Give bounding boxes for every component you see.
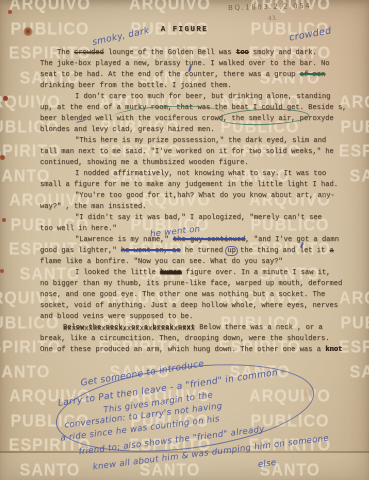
- typed-line: break, like a circumcition. Then, droopi…: [40, 334, 329, 344]
- typed-segment: drinking beer from the bottle. I joined …: [40, 82, 232, 90]
- watermark-word: ARQUIVO: [230, 387, 350, 407]
- typed-line: drinking beer from the bottle. I joined …: [40, 81, 232, 91]
- typed-line: small a figure for me to make any judgem…: [40, 180, 338, 190]
- typed-line: Below the neck, or a break next Below th…: [63, 323, 323, 333]
- typed-segment: blondes and levy clad, greasy haired men…: [40, 126, 215, 134]
- typed-segment: socket, void of anything. Just a deep ho…: [40, 302, 338, 310]
- typed-segment: continued, showing me a thumbsized woode…: [40, 159, 249, 167]
- watermark-word: ESPIRITO: [350, 240, 369, 260]
- watermark-word: SANTO: [0, 362, 80, 382]
- typed-line: way?" , the man insisted.: [40, 202, 146, 212]
- typed-segment: he went on, as: [121, 247, 181, 255]
- typed-line: "I didn't say it was bad," I apologized,…: [75, 213, 322, 223]
- typed-segment: the guy continued: [173, 236, 245, 244]
- typed-segment: way?" , the man insisted.: [40, 203, 146, 211]
- typed-segment: , "and I've got a damn: [245, 236, 339, 244]
- typed-segment: he turned: [181, 247, 228, 255]
- typed-segment: human: [160, 269, 181, 277]
- typed-segment: I looked the little: [75, 269, 160, 277]
- typed-segment: too well in here.": [40, 225, 117, 233]
- smudge: [300, 388, 316, 398]
- watermark-word: SANTO: [320, 362, 369, 382]
- typed-segment: break, like a circumcition. Then, droopi…: [40, 335, 329, 343]
- typed-segment: smoky and dark.: [249, 49, 317, 57]
- watermark-word: SANTO: [350, 460, 369, 480]
- watermark-word: ARQUIVO: [350, 387, 369, 407]
- typed-segment: the thing and let it: [236, 247, 330, 255]
- watermark-word: PUBLICO: [320, 313, 369, 333]
- typed-segment: beer blended well with the vociferous cr…: [40, 115, 334, 123]
- typed-line: One of these produced an arm, which hung…: [40, 345, 342, 355]
- typed-segment: "I didn't say it was bad," I apologized,…: [75, 214, 322, 222]
- page-mark: 43.: [268, 15, 278, 23]
- typed-line: too well in here.": [40, 224, 117, 234]
- watermark-word: PUBLICO: [350, 215, 369, 235]
- typed-line: nose, and one good eye. The other one wa…: [40, 290, 325, 300]
- typed-segment: The: [57, 49, 74, 57]
- watermark-word: ARQUIVO: [350, 191, 369, 211]
- typed-segment: and blood veins were supposed to be.: [40, 313, 193, 321]
- typed-line: I don't care too much for beer, but drin…: [75, 92, 330, 102]
- typed-segment: I nodded affirmatively, not knowing what…: [75, 170, 326, 178]
- typed-line: flame like a bonfire. "Now you can see. …: [40, 257, 283, 267]
- typed-line: good gas lighter," he went on, as he tur…: [40, 246, 334, 256]
- typed-line: and blood veins were supposed to be.: [40, 312, 193, 322]
- typed-segment: Below there was a neck , or a: [195, 324, 323, 332]
- red-speck: [3, 96, 8, 101]
- watermark-word: ARQUIVO: [0, 0, 110, 15]
- typed-segment: lounge of the Golden Bell was: [104, 49, 236, 57]
- typed-segment: "You're too good for it,hah? What do you…: [75, 192, 335, 200]
- typed-segment: up, at the end of a murky room, that was…: [40, 104, 347, 112]
- watermark-word: ARQUIVO: [110, 0, 230, 15]
- typed-line: seat to be had. At the end of the counte…: [40, 70, 325, 80]
- corner-crease: [322, 0, 369, 19]
- typed-segment: no bigger than my thumb, its prune-like …: [40, 280, 342, 288]
- typed-segment: small a figure for me to make any judgem…: [40, 181, 338, 189]
- typed-segment: figure over. In a minute I saw it,: [181, 269, 330, 277]
- typed-line: up, at the end of a murky room, that was…: [40, 103, 347, 113]
- typed-line: "This here is my prize possession," the …: [75, 136, 326, 146]
- typed-segment: too: [236, 49, 249, 57]
- typed-line: beer blended well with the vociferous cr…: [40, 114, 334, 124]
- typed-segment: crowded: [74, 49, 104, 57]
- red-speck: [0, 269, 4, 273]
- typed-segment: knot: [325, 346, 342, 354]
- typed-line: "You're too good for it,hah? What do you…: [75, 191, 335, 201]
- typed-segment: "This here is my prize possession," the …: [75, 137, 326, 145]
- watermark-word: SANTO: [350, 264, 369, 284]
- typed-line: blondes and levy clad, greasy haired men…: [40, 125, 215, 135]
- typed-line: socket, void of anything. Just a deep ho…: [40, 301, 338, 311]
- handwritten-note-line: else: [257, 458, 277, 470]
- typed-segment: a: [330, 247, 334, 255]
- watermark-word: ESPIRITO: [350, 44, 369, 64]
- red-speck: [2, 218, 6, 222]
- typed-line: continued, showing me a thumbsized woode…: [40, 158, 249, 168]
- manuscript-page: ARQUIVOARQUIVOARQUIVOARQUIVOPUBLICOPUBLI…: [0, 0, 369, 480]
- typed-line: no bigger than my thumb, its prune-like …: [40, 279, 342, 289]
- watermark-word: ARQUIVO: [350, 0, 369, 15]
- typed-line: tall man next to me said. "I've worked o…: [40, 147, 334, 157]
- watermark-word: SANTO: [350, 68, 369, 88]
- typed-segment: One of these produced an arm, which hung…: [40, 346, 325, 354]
- archive-reference: BQ.1883.2.2.054: [228, 2, 311, 12]
- typed-segment: seat to be had. At the end of the counte…: [40, 71, 300, 79]
- typed-segment: The juke-box played a new, brassy tune. …: [40, 60, 329, 68]
- typed-line: The crowded lounge of the Golden Bell wa…: [57, 48, 317, 58]
- red-speck: [0, 155, 5, 160]
- typed-line: I looked the little human figure over. I…: [75, 268, 330, 278]
- typed-segment: nose, and one good eye. The other one wa…: [40, 291, 325, 299]
- watermark-word: SANTO: [230, 460, 350, 480]
- typed-segment: tall man next to me said. "I've worked o…: [40, 148, 334, 156]
- typed-segment: I don't care too much for beer, but drin…: [75, 93, 330, 101]
- typed-segment: of men: [300, 71, 326, 79]
- typed-segment: Below the neck, or a break next: [63, 324, 195, 332]
- typed-segment: flame like a bonfire. "Now you can see. …: [40, 258, 283, 266]
- red-speck: [8, 10, 12, 14]
- typed-line: I nodded affirmatively, not knowing what…: [75, 169, 326, 179]
- typed-line: "Lawrence is my name," the guy continued…: [75, 235, 339, 245]
- watermark-word: ESPIRITO: [350, 436, 369, 456]
- typed-segment: good gas lighter,": [40, 247, 121, 255]
- corner-crease: [307, 0, 369, 22]
- watermark-word: PUBLICO: [350, 411, 369, 431]
- typed-line: The juke-box played a new, brassy tune. …: [40, 59, 329, 69]
